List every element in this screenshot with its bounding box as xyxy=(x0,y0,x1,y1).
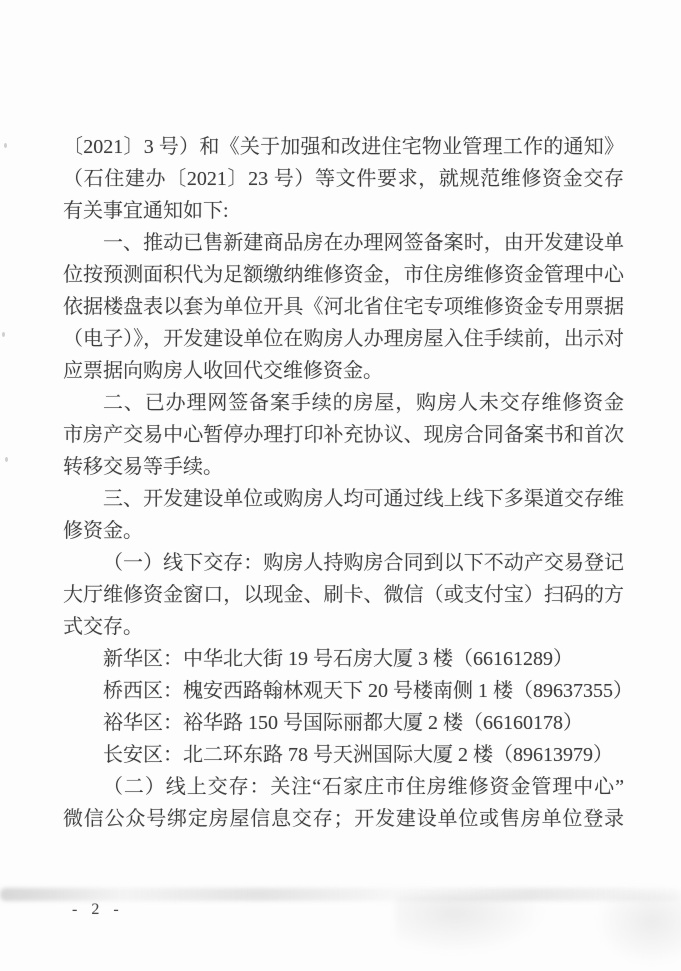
text-line: 转移交易等手续。 xyxy=(63,451,624,483)
text-line: 一、推动已售新建商品房在办理网签备案时，由开发建设单 xyxy=(63,227,624,259)
text-line: 有关事宜通知如下: xyxy=(63,195,624,227)
scan-artifact-speck xyxy=(5,457,8,462)
text-line-address: 桥西区：槐安西路翰林观天下 20 号楼南侧 1 楼（89637355） xyxy=(63,675,624,707)
page-number: - 2 - xyxy=(72,900,124,920)
text-line: （石住建办〔2021〕23 号）等文件要求，就规范维修资金交存 xyxy=(63,163,624,195)
scan-artifact-speck xyxy=(4,143,7,148)
text-line: 市房产交易中心暂停办理打印补充协议、现房合同备案书和首次 xyxy=(63,419,624,451)
scan-artifact-smudge xyxy=(395,896,545,954)
text-line-address: 裕华区：裕华路 150 号国际丽都大厦 2 楼（66160178） xyxy=(63,707,624,739)
scan-artifact-smudge xyxy=(595,893,681,965)
text-line: 位按预测面积代为足额缴纳维修资金，市住房维修资金管理中心 xyxy=(63,259,624,291)
text-line-address: 新华区：中华北大街 19 号石房大厦 3 楼（66161289） xyxy=(63,643,624,675)
text-line: 二、已办理网签备案手续的房屋，购房人未交存维修资金的， xyxy=(63,387,624,419)
text-line: 微信公众号绑定房屋信息交存；开发建设单位或售房单位登录 xyxy=(63,803,624,835)
text-line: 〔2021〕3 号）和《关于加强和改进住宅物业管理工作的通知》 xyxy=(63,131,624,163)
text-line: （一）线下交存：购房人持购房合同到以下不动产交易登记 xyxy=(63,547,624,579)
document-body: 〔2021〕3 号）和《关于加强和改进住宅物业管理工作的通知》 （石住建办〔20… xyxy=(63,131,624,835)
text-line: 依据楼盘表以套为单位开具《河北省住宅专项维修资金专用票据 xyxy=(63,291,624,323)
text-line-address: 长安区：北二环东路 78 号天洲国际大厦 2 楼（89613979） xyxy=(63,739,624,771)
text-line: 大厅维修资金窗口，以现金、刷卡、微信（或支付宝）扫码的方 xyxy=(63,579,624,611)
text-line: 三、开发建设单位或购房人均可通过线上线下多渠道交存维 xyxy=(63,483,624,515)
text-line: 应票据向购房人收回代交维修资金。 xyxy=(63,355,624,387)
scan-artifact-speck xyxy=(2,332,5,337)
scanned-page: 〔2021〕3 号）和《关于加强和改进住宅物业管理工作的通知》 （石住建办〔20… xyxy=(0,0,681,971)
text-line: 修资金。 xyxy=(63,515,624,547)
text-line: （电子）》，开发建设单位在购房人办理房屋入住手续前，出示对 xyxy=(63,323,624,355)
text-line: （二）线上交存：关注“石家庄市住房维修资金管理中心” xyxy=(63,771,624,803)
text-line: 式交存。 xyxy=(63,611,624,643)
